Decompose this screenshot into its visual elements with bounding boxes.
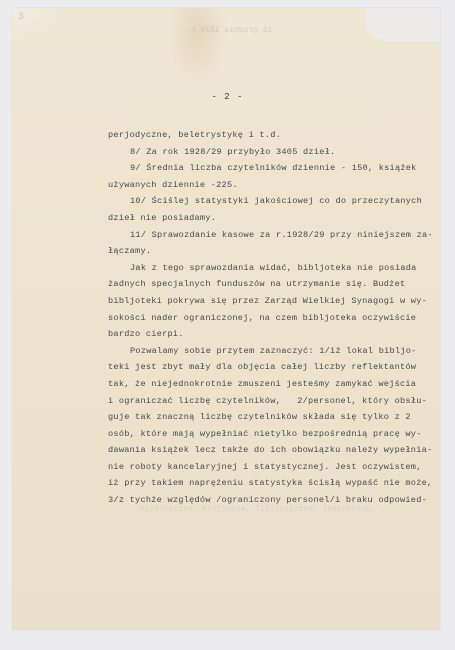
text-line: teki jest zbyt mały dla objęcia całej li…: [108, 359, 440, 376]
text-line: i ograniczać liczbę czytelników, 2/perso…: [108, 393, 440, 410]
text-line: 10/ Ściślej statystyki jakościowej co do…: [108, 193, 440, 210]
text-line: żadnych specjalnych funduszów na utrzyma…: [108, 276, 440, 293]
torn-corner: [365, 8, 440, 42]
text-line: Pozwalamy sobie przytem zaznaczyć: 1/iż …: [108, 343, 440, 360]
text-line: dawania książek lecz także do ich obowią…: [108, 442, 440, 459]
text-line: 11/ Sprawozdanie kasowe za r.1928/29 prz…: [108, 227, 440, 244]
text-line: łączamy.: [108, 243, 440, 260]
text-line: 3/z tychże względów /ograniczony persone…: [108, 492, 440, 509]
text-line: 8/ Za rok 1928/29 przybyło 3405 dzieł.: [108, 144, 440, 161]
text-line: guje tak znaczną liczbę czytelników skła…: [108, 409, 440, 426]
text-line: nie roboty kancelaryjnej i statystycznej…: [108, 459, 440, 476]
text-line: sokości nader ograniczonej, na czem bibl…: [108, 310, 440, 327]
corner-mark: 3: [18, 12, 24, 23]
text-line: bibljoteki pokrywa się przez Zarząd Wiel…: [108, 293, 440, 310]
page-number: - 2 -: [0, 92, 455, 102]
bleed-through-text-top: 16 grudnia 1929 r.: [186, 26, 272, 35]
text-line: Jak z tego sprawozdania widać, bibljotek…: [108, 260, 440, 277]
document-body: perjodyczne, beletrystykę i t.d.8/ Za ro…: [108, 127, 440, 509]
text-line: perjodyczne, beletrystykę i t.d.: [108, 127, 440, 144]
text-line: iż przy takiem naprężeniu statystyka ści…: [108, 475, 440, 492]
text-line: 9/ Średnia liczba czytelników dziennie -…: [108, 160, 440, 177]
paper-stain: [167, 8, 227, 88]
text-line: osób, które mają wypełniać nietylko bezp…: [108, 426, 440, 443]
text-line: tak, że niejednokrotnie zmuszeni jesteśm…: [108, 376, 440, 393]
text-line: bardzo cierpi.: [108, 326, 440, 343]
text-line: używanych dziennie -225.: [108, 177, 440, 194]
text-line: dzieł nie posiadamy.: [108, 210, 440, 227]
